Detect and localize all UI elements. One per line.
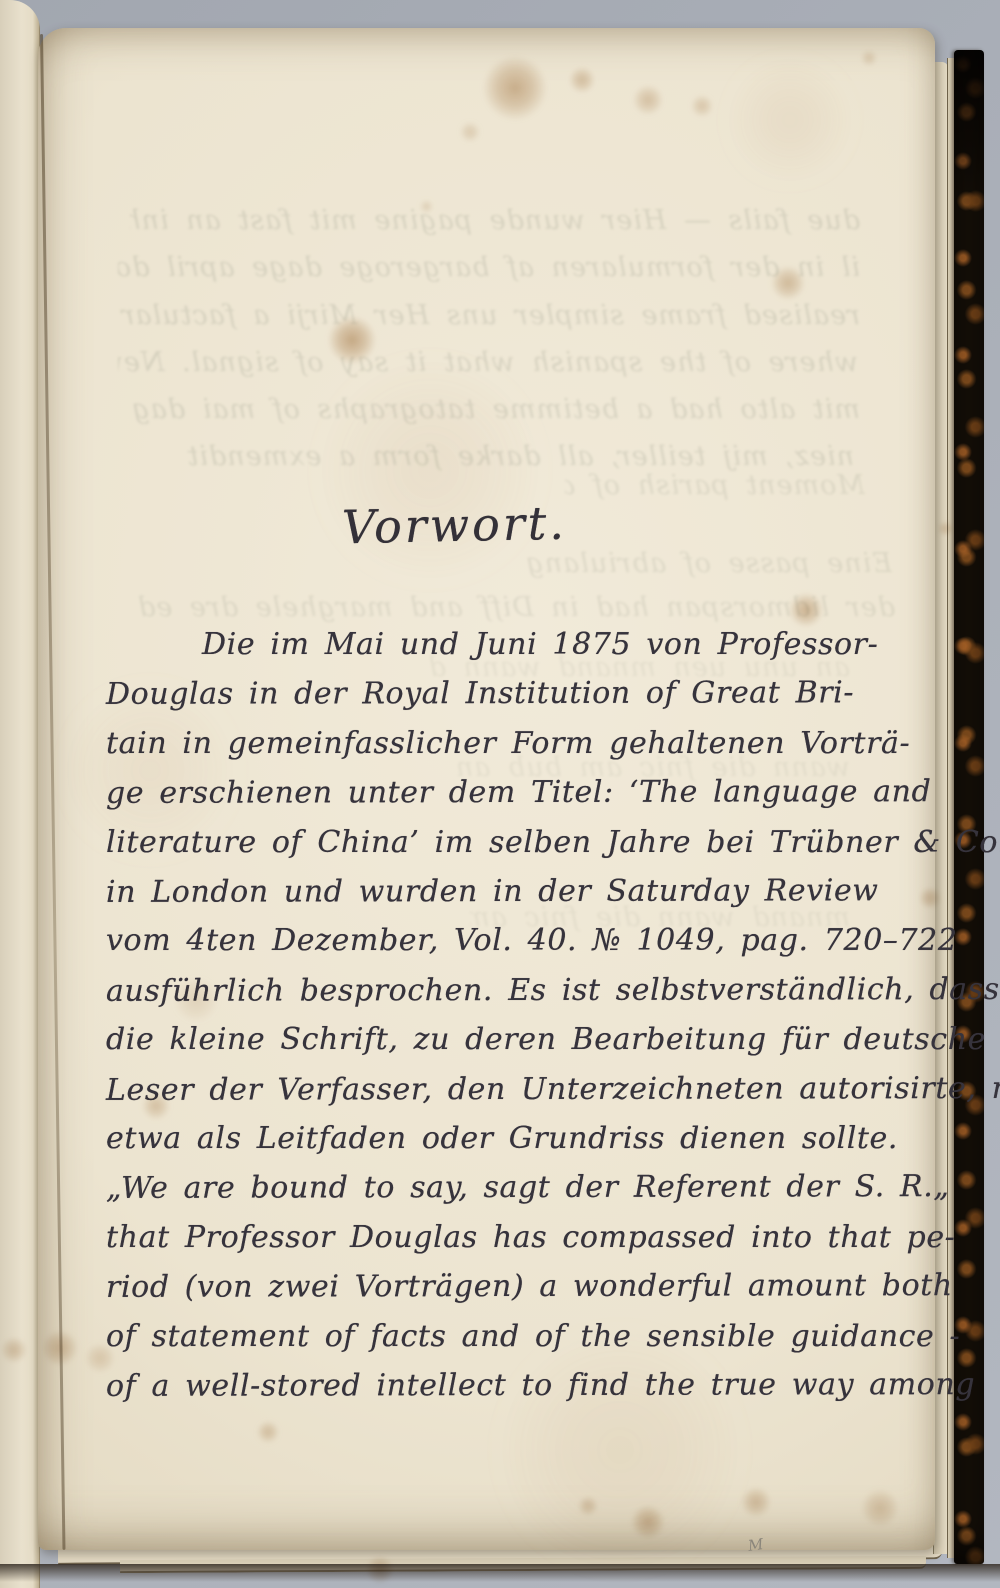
manuscript-line: etwa als Leitfaden oder Grundriss dienen…	[106, 1114, 918, 1163]
manuscript-line: literature of China’ im selben Jahre bei…	[106, 818, 918, 867]
manuscript-line: riod (von zwei Vorträgen) a wonderful am…	[106, 1261, 918, 1312]
manuscript-line: of statement of facts and of the sensibl…	[106, 1312, 918, 1361]
manuscript-line: vom 4ten Dezember, Vol. 40. № 1049, pag.…	[106, 916, 918, 965]
manuscript-line: in London und wurden in der Saturday Rev…	[106, 866, 918, 917]
manuscript-line: Die im Mai und Juni 1875 von Professor-	[106, 620, 918, 669]
manuscript-line: Leser der Verfasser, den Unterzeichneten…	[106, 1064, 918, 1115]
page-title: Vorwort.	[341, 496, 567, 555]
manuscript-line: ausführlich besprochen. Es ist selbstver…	[106, 965, 918, 1016]
pencil-mark: M	[747, 1535, 764, 1555]
manuscript-line: Douglas in der Royal Institution of Grea…	[106, 669, 918, 720]
manuscript-line: tain in gemeinfasslicher Form gehaltenen…	[106, 719, 918, 768]
manuscript-line: that Professor Douglas has compassed int…	[106, 1213, 918, 1262]
manuscript-text-block: Die im Mai und Juni 1875 von Professor- …	[106, 620, 918, 1411]
manuscript-line: of a well-stored intellect to find the t…	[106, 1360, 918, 1411]
manuscript-line: die kleine Schrift, zu deren Bearbeitung…	[106, 1015, 918, 1064]
book-photo: due fails — Hier wunde pagine mit fast a…	[0, 0, 1000, 1588]
manuscript-line: ge erschienen unter dem Titel: ‘The lang…	[106, 767, 918, 818]
underlying-page-edge	[0, 0, 40, 1588]
book-bottom-shadow	[0, 1564, 1000, 1582]
manuscript-line: „We are bound to say, sagt der Referent …	[106, 1163, 918, 1214]
